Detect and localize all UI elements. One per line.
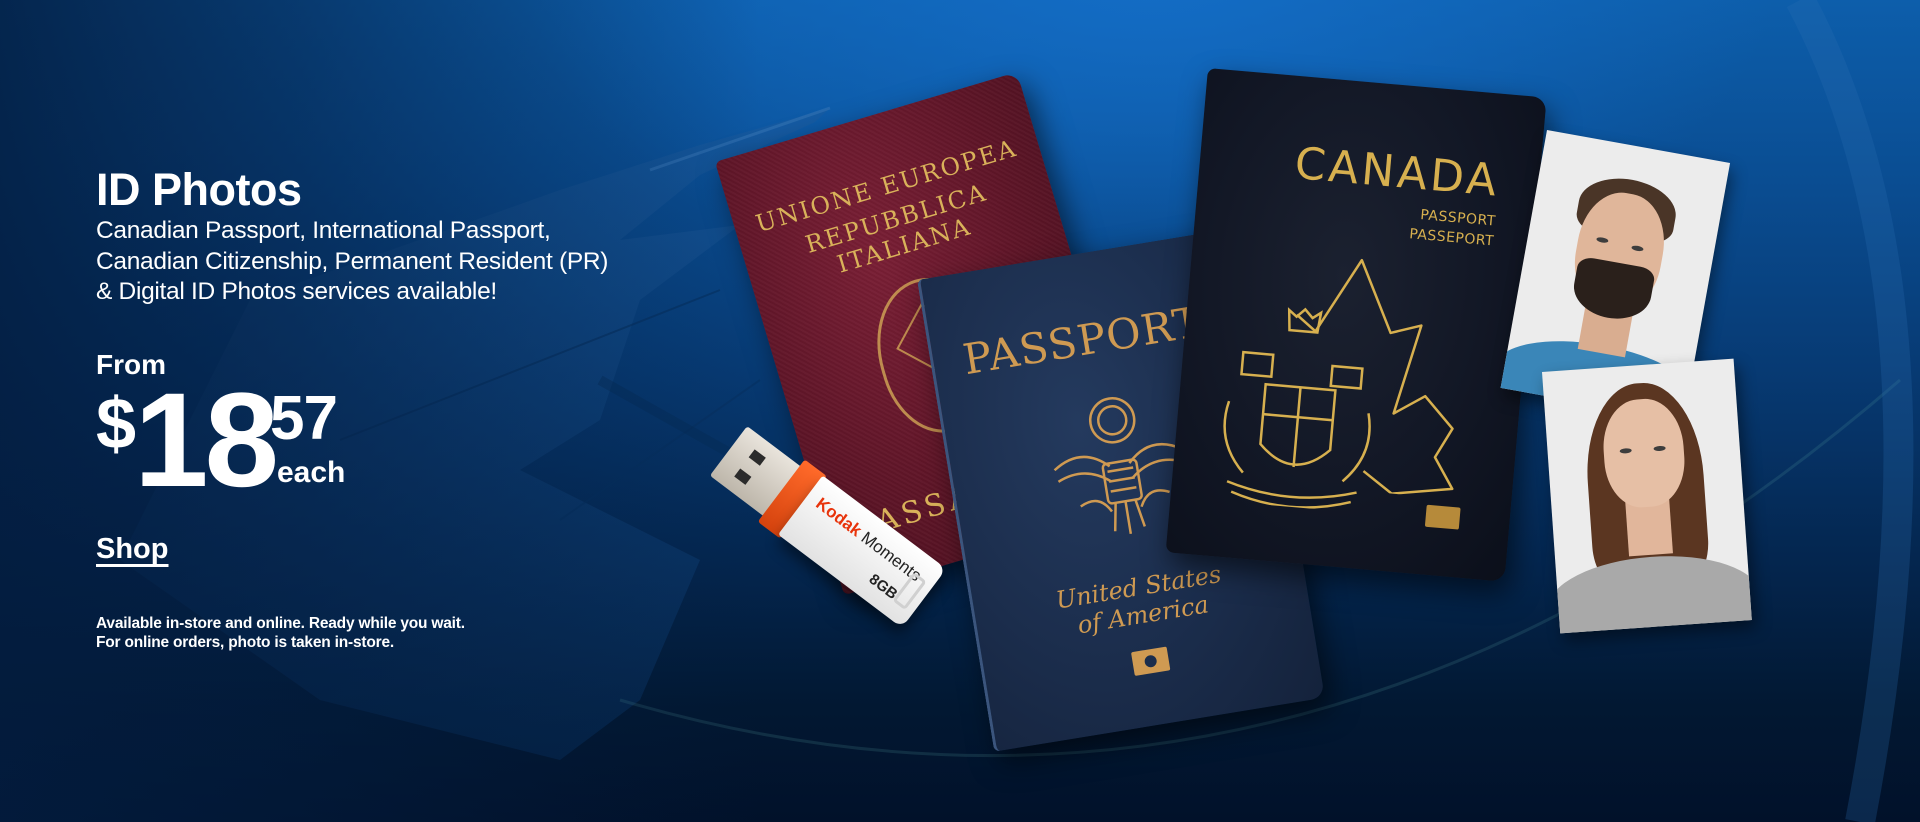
us-passport-country: United States of America (972, 547, 1309, 656)
price-unit: each (277, 458, 345, 488)
id-photos-banner: ID Photos Canadian Passport, Internation… (0, 0, 1920, 822)
biometric-chip-icon (1425, 505, 1461, 530)
description-line: Canadian Passport, International Passpor… (96, 216, 656, 247)
price-dollars: 18 (134, 374, 275, 508)
canada-passport-country: CANADA (1293, 138, 1502, 207)
price-currency: $ (96, 388, 136, 460)
us-passport-label: PASSPORT (960, 297, 1206, 384)
shop-link[interactable]: Shop (96, 533, 169, 566)
footnote-line: Available in-store and online. Ready whi… (96, 614, 616, 633)
price: $ 18 57 each (96, 380, 396, 500)
canada-passport-image: CANADA PASSPORT PASSEPORT (1166, 68, 1547, 582)
coat-of-arms-icon (1210, 301, 1387, 514)
shirt (1545, 549, 1751, 633)
woman-id-photo (1542, 359, 1752, 634)
description-line: Canadian Citizenship, Permanent Resident… (96, 247, 656, 278)
eye (1620, 448, 1632, 454)
eye (1653, 446, 1665, 452)
banner-description: Canadian Passport, International Passpor… (96, 216, 656, 308)
footnote: Available in-store and online. Ready whi… (96, 614, 616, 652)
eye (1631, 245, 1644, 252)
description-line: & Digital ID Photos services available! (96, 277, 656, 308)
biometric-chip-icon (1131, 646, 1170, 676)
eye (1596, 237, 1609, 244)
kodak-logo: Kodak (812, 494, 865, 540)
price-cents: 57 (270, 388, 337, 450)
banner-title: ID Photos (96, 164, 302, 216)
footnote-line: For online orders, photo is taken in-sto… (96, 633, 616, 652)
